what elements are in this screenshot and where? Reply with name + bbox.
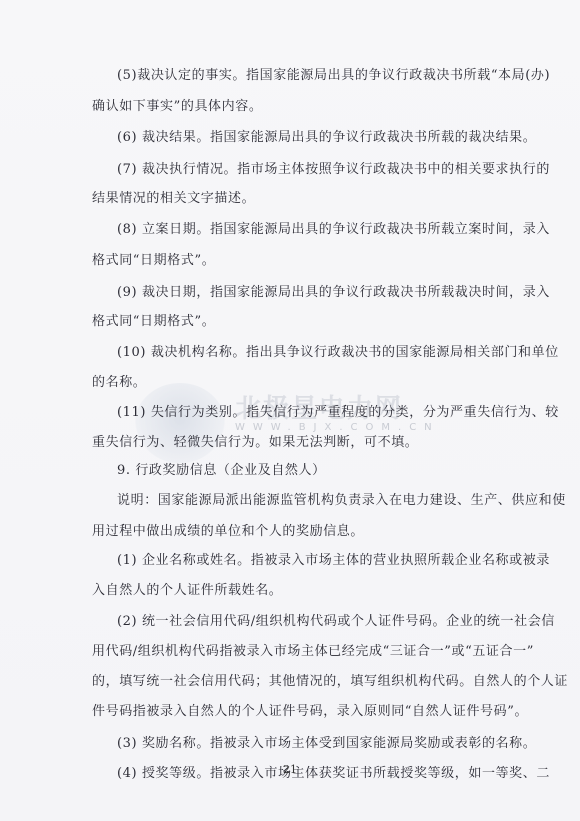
text-line: (3) 奖励名称。指被录入市场主体受到国家能源局奖励或表彰的名称。 xyxy=(117,736,492,752)
text-line: 用代码/组织机构代码指被录入市场主体已经完成“三证合一”或“五证合一” xyxy=(92,644,492,660)
page-number: 21 xyxy=(0,763,580,776)
text-line: 格式同“日期格式”。 xyxy=(92,314,492,330)
text-line: 重失信行为、轻微失信行为。如果无法判断，可不填。 xyxy=(92,435,492,451)
text-line: (11) 失信行为类别。指失信行为严重程度的分类，分为严重失信行为、较 xyxy=(117,405,492,421)
text-line: 入自然人的个人证件所载姓名。 xyxy=(92,583,492,599)
text-line: (1) 企业名称或姓名。指被录入市场主体的营业执照所载企业名称或被录 xyxy=(117,553,492,569)
text-line: 确认如下事实”的具体内容。 xyxy=(92,99,492,115)
text-line: (8) 立案日期。指国家能源局出具的争议行政裁决书所载立案时间，录入 xyxy=(117,222,492,238)
watermark-logo-icon xyxy=(135,383,225,463)
text-line: 用过程中做出成绩的单位和个人的奖励信息。 xyxy=(92,524,492,540)
text-line: (7) 裁决执行情况。指市场主体按照争议行政裁决书中的相关要求执行的 xyxy=(117,162,492,178)
document-page: 北极星电力网 WWW.BJX.COM.CN (5)裁决认定的事实。指国家能源局出… xyxy=(0,0,580,821)
text-line: 的名称。 xyxy=(92,375,492,391)
text-line: (9) 裁决日期，指国家能源局出具的争议行政裁决书所载裁决时间，录入 xyxy=(117,285,492,301)
text-line: 的，填写统一社会信用代码；其他情况的，填写组织机构代码。自然人的个人证 xyxy=(92,674,492,690)
text-line: 格式同“日期格式”。 xyxy=(92,253,492,269)
text-line: (10) 裁决机构名称。指出具争议行政裁决书的国家能源局相关部门和单位 xyxy=(117,345,492,361)
text-line: (2) 统一社会信用代码/组织机构代码或个人证件号码。企业的统一社会信 xyxy=(117,614,492,630)
text-line: 说明：国家能源局派出能源监管机构负责录入在电力建设、生产、供应和使 xyxy=(117,493,492,509)
text-line: 结果情况的相关文字描述。 xyxy=(92,191,492,207)
text-line: 9. 行政奖励信息（企业及自然人） xyxy=(117,463,492,479)
text-line: (6) 裁决结果。指国家能源局出具的争议行政裁决书所载的裁决结果。 xyxy=(117,130,492,146)
text-line: 件号码指被录入自然人的个人证件号码，录入原则同“自然人证件号码”。 xyxy=(92,704,492,720)
text-line: (5)裁决认定的事实。指国家能源局出具的争议行政裁决书所载“本局(办) xyxy=(117,68,492,84)
watermark-url: WWW.BJX.COM.CN xyxy=(235,422,440,433)
